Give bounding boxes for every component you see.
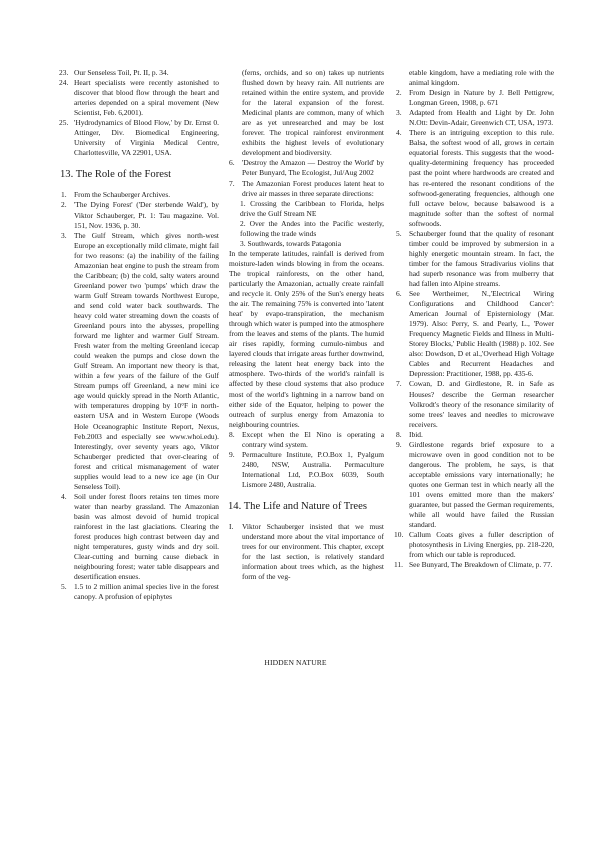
direction-item-2: 2. Over the Andes into the Pacific weste… [229,219,384,239]
endnote-13-6: 6.'Destroy the Amazon — Destroy the Worl… [229,158,384,178]
middle-column: (ferns, orchids, and so on) takes up nut… [229,68,384,582]
endnote-14-1-continued: etable kingdom, have a mediating role wi… [396,68,554,88]
endnote-13-8: 8.Except when the El Nino is operating a… [229,430,384,450]
endnote-14-7: 7.Cowan, D. and Girdlestone, R. in Safe … [396,379,554,429]
endnote-13-4: 4.Soil under forest floors retains ten t… [61,492,219,582]
endnote-13-3: 3.The Gulf Stream, which gives north-wes… [61,231,219,492]
endnote-14-4: 4.There is an intriguing exception to th… [396,128,554,228]
section-heading-role-of-forest: 13. The Role of the Forest [60,168,219,181]
right-column: etable kingdom, have a mediating role wi… [396,68,554,570]
direction-item-3: 3. Southwards, towards Patagonia [229,239,384,249]
endnote-14-9: 9.Girdlestone regards brief exposure to … [396,440,554,530]
endnote-14-5: 5.Schauberger found that the quality of … [396,229,554,289]
running-title: HIDDEN NATURE [264,658,326,667]
endnote-23: 23.Our Senseless Toil, Pt. II, p. 34. [61,68,219,78]
section-heading-life-nature-trees: 14. The Life and Nature of Trees [228,500,384,513]
endnote-14-1: I.Viktor Schauberger insisted that we mu… [229,522,384,582]
page-footer: HIDDEN NATURE [0,658,595,667]
endnote-13-7: 7.The Amazonian Forest produces latent h… [229,179,384,199]
endnote-13-1: 1.From the Schauberger Archives. [61,190,219,200]
endnote-14-8: 8.Ibid. [396,430,554,440]
endnote-14-3: 3.Adapted from Health and Light by Dr. J… [396,108,554,128]
endnote-13-9: 9.Permaculture Institute, P.O.Box 1, Pya… [229,450,384,490]
endnote-14-11: 11.See Bunyard, The Breakdown of Climate… [396,560,554,570]
endnote-14-2: 2.From Design in Nature by J. Bell Petti… [396,88,554,108]
endnote-25: 25.'Hydrodynamics of Blood Flow,' by Dr.… [61,118,219,158]
left-column: 23.Our Senseless Toil, Pt. II, p. 34. 24… [61,68,219,602]
direction-item-1: 1. Crossing the Caribbean to Florida, he… [229,199,384,219]
endnote-13-7-paragraph: In the temperate latitudes, rainfall is … [229,249,384,430]
endnote-13-2: 2.'The Dying Forest' ('Der sterbende Wal… [61,200,219,230]
endnote-14-10: 10.Callum Coats gives a fuller descripti… [396,530,554,560]
endnote-13-5-continued: (ferns, orchids, and so on) takes up nut… [229,68,384,158]
endnote-14-6: 6.See Wertheimer, N.,'Electrical Wiring … [396,289,554,379]
endnote-24: 24.Heart specialists were recently aston… [61,78,219,118]
endnote-13-5: 5.1.5 to 2 million animal species live i… [61,582,219,602]
